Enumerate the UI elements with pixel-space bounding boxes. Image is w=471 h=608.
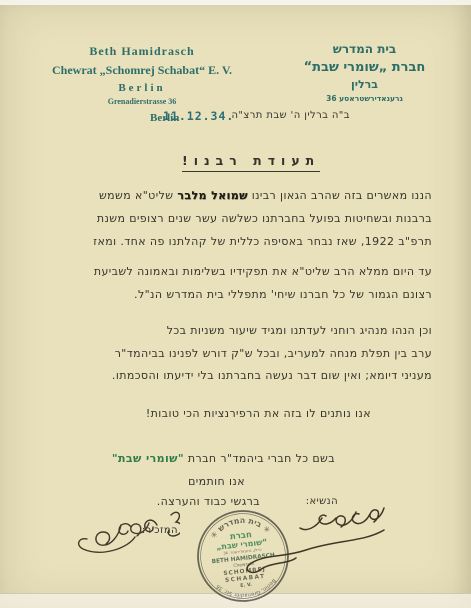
body-p2-line1: עד היום ממלא הרב שליט"א את תפקידיו בשלימ… [94, 265, 432, 278]
letterhead-right-street: גרענאדירשטראסע 36 [292, 94, 437, 103]
closing-we-sign: אנו חותמים [188, 475, 245, 488]
letterhead-left: Beth Hamidrasch Chewrat „Schomrej Schaba… [32, 44, 252, 106]
reference-line: אנו נותנים לו בזה את הרפירנציות הכי טובו… [146, 407, 371, 420]
body-p2-line2: רצונם הגמור של כל חברנו שיחי' מתפללי בית… [134, 288, 432, 301]
letterhead-right-society: חברת „שומרי שבת“ [292, 60, 437, 75]
body-p1-line2: ברבנות ובשחיטות בפועל בחברתנו כשלשה עשר … [97, 212, 432, 225]
date-line-hebrew: ב"ה ברלין ה' שבת תרצ"ה [231, 110, 350, 121]
letterhead-left-name: Beth Hamidrasch [32, 44, 252, 59]
letterhead-right-city: ברלין [292, 78, 437, 91]
closing-on-behalf-pre: בשם כל חברי ביהמד"ר חברת [184, 452, 335, 465]
body-p1-line1-post: שליט"א משמש [99, 189, 177, 202]
closing-on-behalf: בשם כל חברי ביהמד"ר חברת "שומרי שבת" [112, 452, 335, 465]
body-p1-line1-pre: הננו מאשרים בזה שהרב הגאון רבינו [248, 189, 432, 202]
closing-society-name-green: "שומרי שבת" [112, 452, 184, 465]
body-p3-line2: ערב בין תפלת מנחה למעריב, ובכל ש"ק דורש … [115, 347, 432, 360]
secretary-signature-icon [45, 503, 180, 565]
letterhead-left-street: Grenadierstrasse 36 [32, 97, 252, 106]
body-p1-line1: הננו מאשרים בזה שהרב הגאון רבינו שמואל מ… [99, 189, 432, 202]
secretary-signature [45, 503, 180, 569]
president-signature-icon [224, 500, 394, 584]
document-title: תעודת רבנו! [182, 153, 320, 172]
rabbi-name-overwritten: שמואל מלבר [177, 189, 248, 202]
date-line-typed-date: 11.12.34. [163, 109, 234, 123]
body-p3-line1: וכן הנהו מנהיג רוחני לעדתנו ומגיד שיעור … [167, 324, 432, 337]
letterhead-left-city: Berlin [32, 82, 252, 94]
scan-edge-top [0, 0, 471, 5]
president-signature [224, 500, 394, 588]
letterhead-left-society: Chewrat „Schomrej Schabat“ E. V. [32, 63, 252, 78]
letterhead-right: בית המדרש חברת „שומרי שבת“ ברלין גרענאדי… [292, 42, 437, 103]
letterhead-right-beth-hamidrash: בית המדרש [292, 42, 437, 56]
body-p3-line3: מעניני דיומא; ואין שום דבר נעשה בחברתנו … [112, 369, 432, 382]
body-p1-line3: תרפ"ב 1922, שאז נבחר באסיפה כללית של קהל… [93, 235, 432, 248]
